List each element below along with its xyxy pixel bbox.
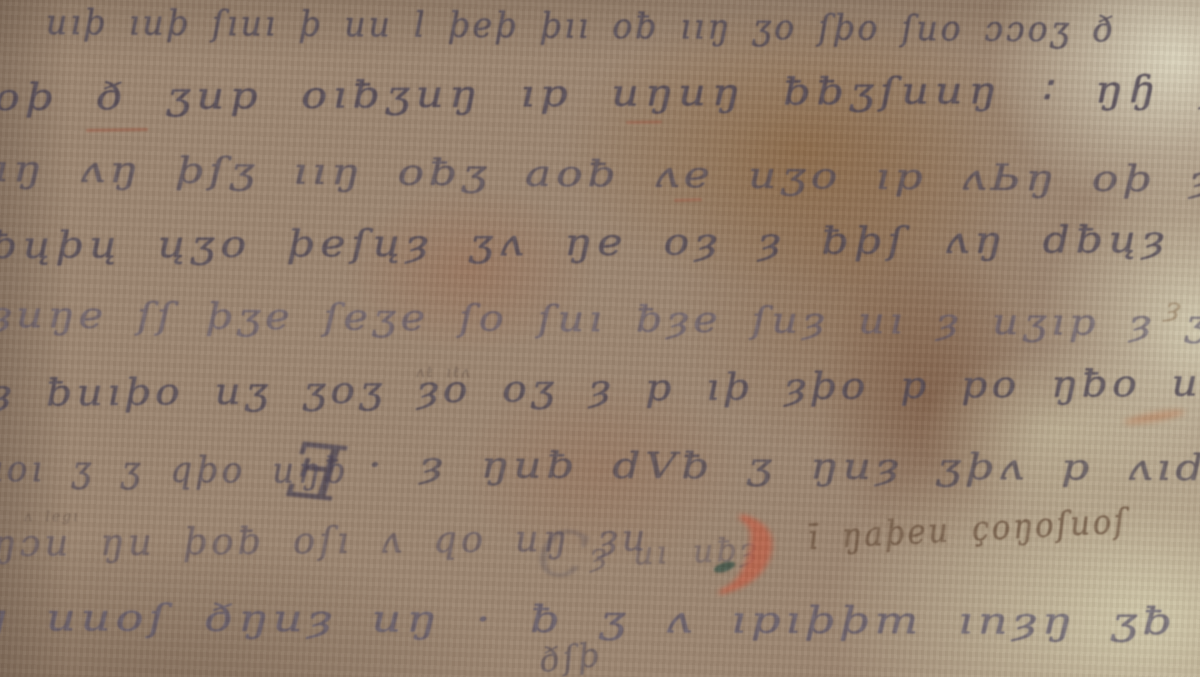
orange-streak <box>1123 407 1186 427</box>
red-underline-2 <box>626 120 662 124</box>
faint-large-c: C <box>532 517 592 595</box>
manuscript-line-10-partial: ðſþ <box>538 637 604 677</box>
manuscript-line-8-right: ī ŋaþeu çoŋoſuoſ <box>807 503 1129 557</box>
manuscript-line-3: ıŋ ʌŋ þſʒ ııŋ oƀʒ aoƀ ʌe uʒo ıp ʌЬŋ oþ ȝ… <box>0 150 1200 202</box>
manuscript-line-6: ȝ ƀuıþo uʒ ʒoʒ ȝo oʒ ȝ p ıþ ȝþo p po ŋƀo… <box>0 361 1200 415</box>
manuscript-line-1: uıþ ıuþ ſıuı þ uu l þeþ þıı oƀ ııŋ ʒo ſþ… <box>46 4 1116 50</box>
red-underline-3 <box>674 198 702 202</box>
red-underline-1 <box>86 128 148 132</box>
manuscript-line-7-right: · ȝ ŋuƀ dVƀ ʒ ŋuȝ ʒþʌ p ʌıd. ŋɧ ȝƀ <box>368 446 1200 489</box>
large-initial-letter: Ǝ <box>286 428 350 517</box>
interlinear-gloss-2: ʌ legı <box>24 510 80 525</box>
interlinear-gloss-1: ʌŧ ıŧʌ <box>416 364 472 381</box>
manuscript-photo: uıþ ıuþ ſıuı þ uu l þeþ þıı oƀ ııŋ ʒo ſþ… <box>0 0 1200 677</box>
parchment-page: uıþ ıuþ ſıuı þ uu l þeþ þıı oƀ ııŋ ʒo ſþ… <box>0 0 1200 677</box>
manuscript-line-5: ȝuŋe ſſ þʒe ſeʒe ſo ſuı ƀȝe ſuȝ uı ȝ uʒı… <box>0 296 1200 347</box>
red-crescent-rubric: ) <box>724 502 782 599</box>
handwriting-layer: uıþ ıuþ ſıuı þ uu l þeþ þıı oƀ ııŋ ʒo ſþ… <box>0 0 1200 677</box>
manuscript-line-4: ƀųþų ųʒo þeſųȝ ʒʌ ŋe oȝ ȝ ƀþſ ʌŋ dƀųȝ þŋ… <box>0 218 1200 267</box>
manuscript-line-2: oþ ð ʒup oıƀʒuŋ ıp uŋuŋ ƀƀʒſuuŋ ∶ ŋɧ ȝ <box>0 69 1200 118</box>
